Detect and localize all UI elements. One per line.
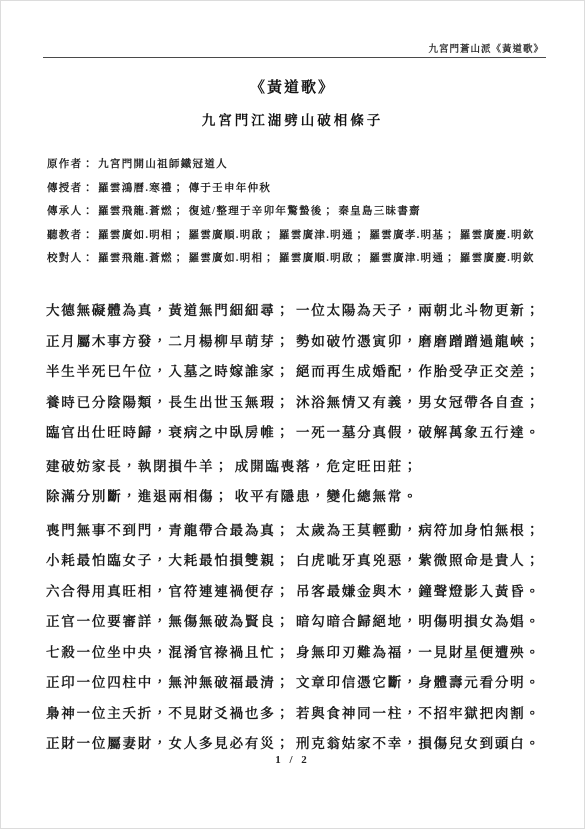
verse-line: 正官一位要審詳，無傷無破為賢良； 暗勾暗合歸絕地，明傷明損女為娼。 <box>46 607 558 638</box>
meta-line-original-author: 原作者： 九宮門開山祖師鐵冠道人 <box>47 153 558 177</box>
verse-line: 梟神一位主夭折，不見財爻禍也多； 若與食神同一柱，不招牢獄把肉割。 <box>46 699 558 730</box>
verse-line: 除滿分別斷，進退兩相傷； 收平有隱患，變化總無常。 <box>46 482 558 513</box>
verse-line: 正月屬木事方發，二月楊柳早萌芽； 勢如破竹憑寅卯，磨磨蹭蹭過龍峽； <box>46 327 558 358</box>
meta-line-listeners: 聽教者： 羅雲廣如.明相； 羅雲廣順.明啟； 羅雲廣津.明通； 羅雲廣孝.明基；… <box>47 224 558 248</box>
verse-paragraph-1: 大德無礙體為真，黃道無門細細尋； 一位太陽為天子，兩朝北斗物更新； 正月屬木事方… <box>46 296 558 449</box>
header-divider <box>43 57 546 58</box>
verse-line: 喪門無事不到門，青龍帶合最為真； 太歲為王莫輕動，病符加身怕無根； <box>46 516 558 547</box>
verse-paragraph-2: 建破妨家長，執閉損牛羊； 成開臨喪落，危定旺田莊； 除滿分別斷，進退兩相傷； 收… <box>46 452 558 513</box>
meta-line-transmitter: 傳授者： 羅雲鴻曆.寒禮； 傳于壬申年仲秋 <box>47 177 558 201</box>
metadata-block: 原作者： 九宮門開山祖師鐵冠道人 傳授者： 羅雲鴻曆.寒禮； 傳于壬申年仲秋 傳… <box>47 153 558 271</box>
verse-line: 正印一位四柱中，無沖無破福最清； 文章印信憑它斷，身體壽元看分明。 <box>46 668 558 699</box>
verse-paragraph-3: 喪門無事不到門，青龍帶合最為真； 太歲為王莫輕動，病符加身怕無根； 小耗最怕臨女… <box>46 516 558 760</box>
verse-line: 大德無礙體為真，黃道無門細細尋； 一位太陽為天子，兩朝北斗物更新； <box>46 296 558 327</box>
page-number: 1 / 2 <box>1 754 584 766</box>
verse-line: 半生半死巳午位，入墓之時嫁誰家； 絕而再生成婚配，作胎受孕正交差； <box>46 357 558 388</box>
verse-line: 小耗最怕臨女子，大耗最怕損雙親； 白虎呲牙真兇惡，紫微照命是貴人； <box>46 546 558 577</box>
verse-line: 臨官出仕旺時歸，衰病之中臥房帷； 一死一墓分真假，破解萬象五行達。 <box>46 418 558 449</box>
page-subtitle: 九宮門江湖劈山破相條子 <box>1 109 584 129</box>
verse-line: 六合得用真旺相，官符連連禍便存； 吊客最嫌金與木，鐘聲燈影入黃昏。 <box>46 577 558 608</box>
document-page: 九宮門蒼山派《黃道歌》 《黃道歌》 九宮門江湖劈山破相條子 原作者： 九宮門開山… <box>0 0 585 829</box>
verse-line: 養時已分陰陽類，長生出世玉無瑕； 沐浴無情又有義，男女冠帶各自查； <box>46 388 558 419</box>
running-header: 九宮門蒼山派《黃道歌》 <box>428 41 544 55</box>
verse-body: 大德無礙體為真，黃道無門細細尋； 一位太陽為天子，兩朝北斗物更新； 正月屬木事方… <box>46 296 558 763</box>
verse-line: 建破妨家長，執閉損牛羊； 成開臨喪落，危定旺田莊； <box>46 452 558 483</box>
meta-line-inheritor: 傳承人： 羅雲飛龍.蒼燃； 復述/整理于辛卯年驚蟄後； 秦皇島三昧書齋 <box>47 200 558 224</box>
page-title: 《黃道歌》 <box>1 76 584 97</box>
verse-line: 七殺一位坐中央，混淆官祿禍且忙； 身無印刃難為福，一見財星便遭殃。 <box>46 638 558 669</box>
meta-line-proofreaders: 校對人： 羅雲飛龍.蒼燃； 羅雲廣如.明相； 羅雲廣順.明啟； 羅雲廣津.明通；… <box>47 247 558 271</box>
